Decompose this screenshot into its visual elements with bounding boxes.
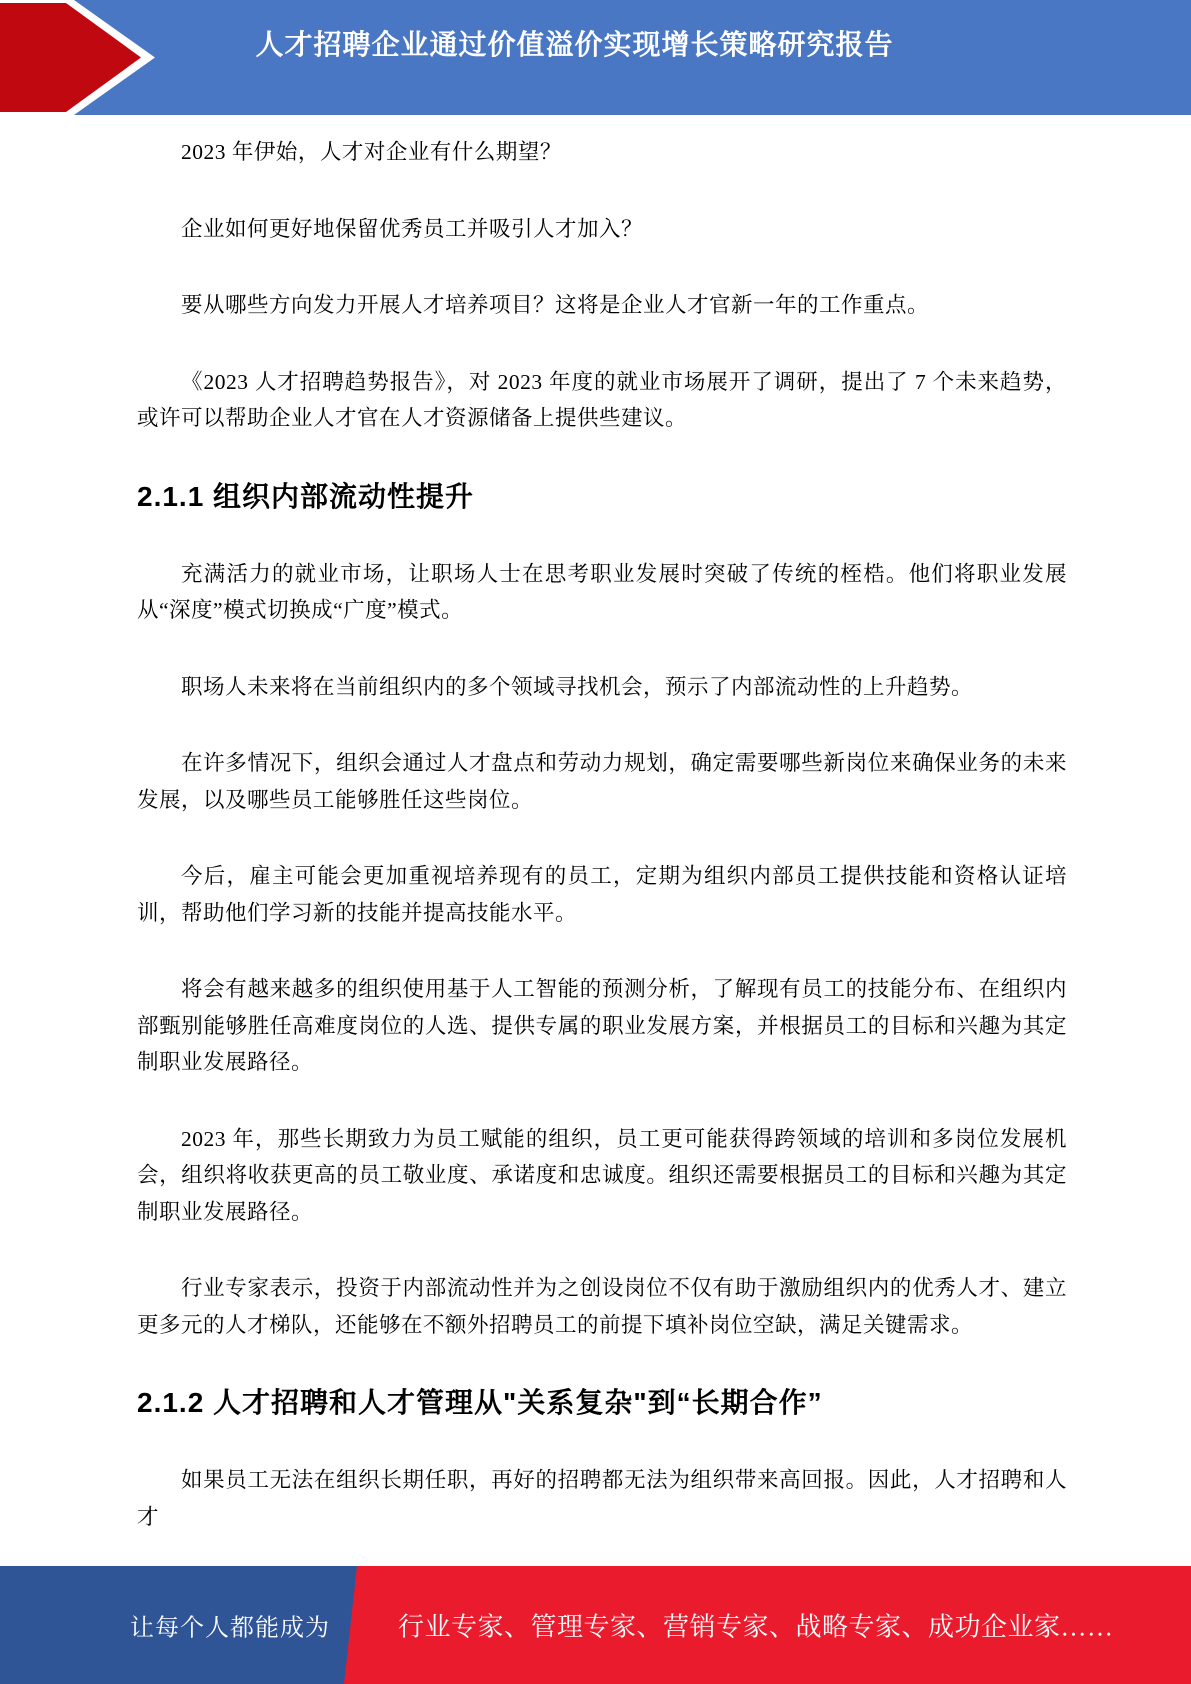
report-header: 人才招聘企业通过价值溢价实现增长策略研究报告 [0, 0, 1191, 115]
paragraph: 充满活力的就业市场，让职场人士在思考职业发展时突破了传统的桎梏。他们将职业发展从… [137, 556, 1067, 629]
paragraph: 如果员工无法在组织长期任职，再好的招聘都无法为组织带来高回报。因此，人才招聘和人… [137, 1462, 1067, 1535]
paragraph: 在许多情况下，组织会通过人才盘点和劳动力规划，确定需要哪些新岗位来确保业务的未来… [137, 745, 1067, 818]
report-page: 人才招聘企业通过价值溢价实现增长策略研究报告 2023 年伊始，人才对企业有什么… [0, 0, 1191, 1684]
footer-slogan-left: 让每个人都能成为 [0, 1608, 330, 1643]
paragraph: 将会有越来越多的组织使用基于人工智能的预测分析，了解现有员工的技能分布、在组织内… [137, 971, 1067, 1081]
footer-slogan-right: 行业专家、管理专家、营销专家、战略专家、成功企业家…… [398, 1607, 1114, 1644]
paragraph: 企业如何更好地保留优秀员工并吸引人才加入？ [137, 211, 1067, 248]
page-title: 人才招聘企业通过价值溢价实现增长策略研究报告 [0, 27, 1170, 63]
paragraph: 2023 年伊始，人才对企业有什么期望？ [137, 134, 1067, 171]
paragraph: 今后，雇主可能会更加重视培养现有的员工，定期为组织内部员工提供技能和资格认证培训… [137, 858, 1067, 931]
paragraph: 《2023 人才招聘趋势报告》，对 2023 年度的就业市场展开了调研，提出了 … [137, 364, 1067, 437]
paragraph: 行业专家表示，投资于内部流动性并为之创设岗位不仅有助于激励组织内的优秀人才、建立… [137, 1270, 1067, 1343]
paragraph: 职场人未来将在当前组织内的多个领域寻找机会，预示了内部流动性的上升趋势。 [137, 669, 1067, 706]
report-footer: 让每个人都能成为 行业专家、管理专家、营销专家、战略专家、成功企业家…… [0, 1566, 1191, 1684]
paragraph: 要从哪些方向发力开展人才培养项目？这将是企业人才官新一年的工作重点。 [137, 287, 1067, 324]
document-body: 2023 年伊始，人才对企业有什么期望？ 企业如何更好地保留优秀员工并吸引人才加… [0, 115, 1191, 1607]
paragraph: 2023 年，那些长期致力为员工赋能的组织，员工更可能获得跨领域的培训和多岗位发… [137, 1121, 1067, 1231]
section-heading-2-1-2: 2.1.2 人才招聘和人才管理从"关系复杂"到“长期合作” [137, 1383, 1067, 1423]
section-heading-2-1-1: 2.1.1 组织内部流动性提升 [137, 477, 1067, 517]
